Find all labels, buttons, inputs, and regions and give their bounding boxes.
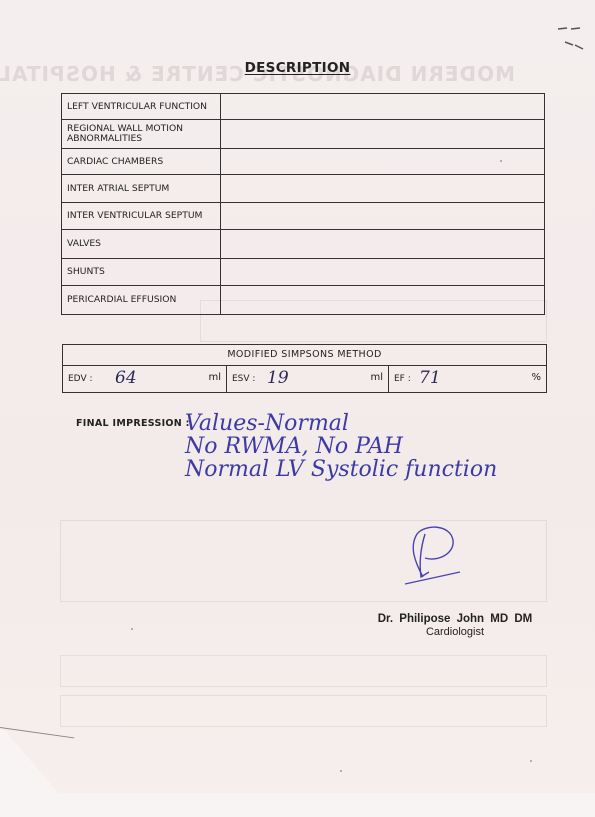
edv-cell: EDV : 64 ml <box>63 366 227 392</box>
impression-line: Normal LV Systolic function <box>185 458 555 481</box>
row-value <box>221 175 545 203</box>
speck <box>340 770 342 772</box>
folded-corner <box>0 725 60 795</box>
impression-line: No RWMA, No PAH <box>185 435 555 458</box>
final-impression-text: Values-Normal No RWMA, No PAH Normal LV … <box>185 412 555 481</box>
row-label: CARDIAC CHAMBERS <box>62 149 221 175</box>
speck <box>131 628 133 630</box>
row-value <box>221 120 545 149</box>
row-value <box>221 286 545 315</box>
ef-label: EF : <box>394 374 411 384</box>
edv-value: 64 <box>115 368 137 388</box>
row-value <box>221 94 545 120</box>
doctor-role: Cardiologist <box>360 626 550 638</box>
page-title: DESCRIPTION <box>0 60 595 76</box>
row-value <box>221 259 545 286</box>
row-value <box>221 203 545 230</box>
scanned-page: MODERN DIAGNOSTIC CENTRE & HOSPITAL DESC… <box>0 0 595 817</box>
row-label: INTER ATRIAL SEPTUM <box>62 175 221 203</box>
row-label: REGIONAL WALL MOTION ABNORMALITIES <box>62 120 221 149</box>
speck <box>500 160 502 162</box>
row-label: INTER VENTRICULAR SEPTUM <box>62 203 221 230</box>
table-row: SHUNTS <box>62 259 545 286</box>
ghost-box <box>60 655 547 687</box>
final-impression-label: FINAL IMPRESSION : <box>76 418 190 429</box>
row-label: SHUNTS <box>62 259 221 286</box>
table-row: INTER VENTRICULAR SEPTUM <box>62 203 545 230</box>
edv-unit: ml <box>208 372 221 383</box>
esv-value: 19 <box>267 368 289 388</box>
ghost-box <box>60 695 547 727</box>
doctor-name: Dr. Philipose John MD DM <box>360 613 550 625</box>
edv-label: EDV : <box>68 374 93 384</box>
signatory-block: Dr. Philipose John MD DM Cardiologist <box>360 613 550 638</box>
impression-line: Values-Normal <box>185 412 555 435</box>
row-value <box>221 149 545 175</box>
ef-cell: EF : 71 % <box>389 366 546 392</box>
simpsons-method-box: MODIFIED SIMPSONS METHOD EDV : 64 ml ESV… <box>62 344 547 393</box>
simpsons-heading: MODIFIED SIMPSONS METHOD <box>63 345 546 366</box>
esv-label: ESV : <box>232 374 255 384</box>
ef-value: 71 <box>419 368 441 388</box>
esv-cell: ESV : 19 ml <box>227 366 389 392</box>
ghost-box <box>60 520 547 602</box>
table-row: PERICARDIAL EFFUSION <box>62 286 545 315</box>
ef-unit: % <box>531 372 541 383</box>
row-label: LEFT VENTRICULAR FUNCTION <box>62 94 221 120</box>
row-label: VALVES <box>62 230 221 259</box>
margin-marks-icon <box>555 25 595 65</box>
esv-unit: ml <box>370 372 383 383</box>
table-row: CARDIAC CHAMBERS <box>62 149 545 175</box>
row-label: PERICARDIAL EFFUSION <box>62 286 221 315</box>
row-value <box>221 230 545 259</box>
table-row: VALVES <box>62 230 545 259</box>
table-row: LEFT VENTRICULAR FUNCTION <box>62 94 545 120</box>
simpsons-values-row: EDV : 64 ml ESV : 19 ml EF : 71 % <box>63 366 546 392</box>
page-bottom-edge <box>0 793 595 817</box>
description-table: LEFT VENTRICULAR FUNCTION REGIONAL WALL … <box>61 93 545 315</box>
table-row: INTER ATRIAL SEPTUM <box>62 175 545 203</box>
speck <box>530 760 532 762</box>
table-row: REGIONAL WALL MOTION ABNORMALITIES <box>62 120 545 149</box>
signature-icon <box>395 522 465 592</box>
